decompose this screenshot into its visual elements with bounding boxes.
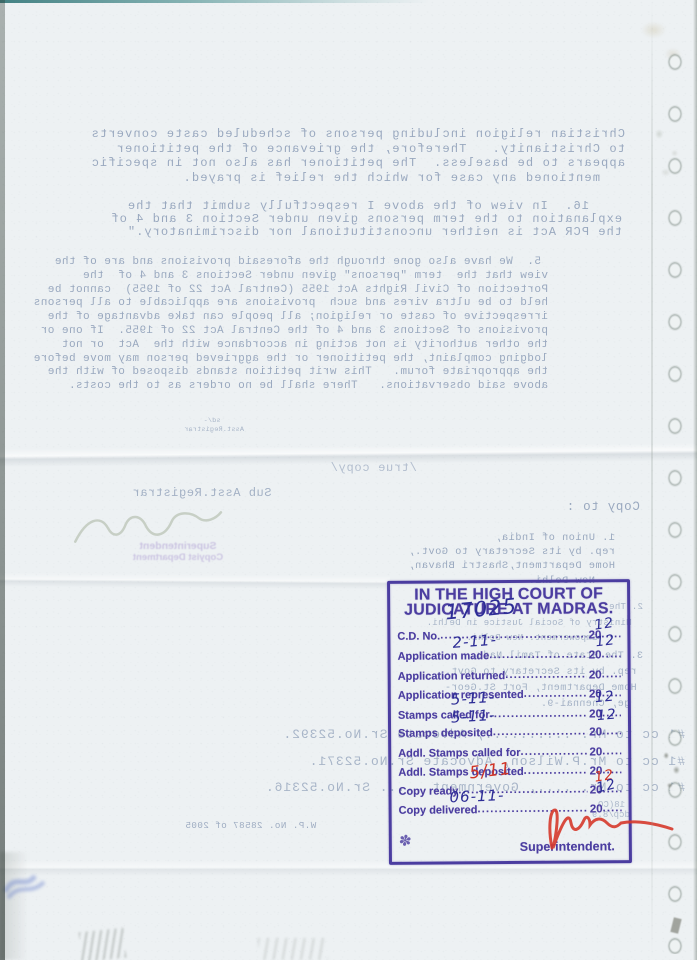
dotted-tail: [602, 668, 621, 681]
bleed-line: sd/-: [180, 417, 244, 426]
bleed-line: appears to be baseless. The petitioner h…: [60, 156, 625, 171]
paper-smudge: [258, 938, 328, 960]
bleed-line: Portection of Civil Rights Act 1955 (Cen…: [28, 284, 548, 298]
cd-no-year: 12: [593, 615, 615, 634]
stamp-row-addl-stamps-called-for: Addl. Stamps called for 20: [398, 741, 621, 760]
bleed-line: provisions of Sections 3 and 4 of the Ce…: [28, 325, 548, 339]
dotted-leader: [493, 725, 588, 739]
stamp-row-cd-no: C.D. No. 20: [397, 624, 620, 643]
bleed-sub-asst-registrar: Sub Asst.Registrar: [132, 486, 272, 500]
bleed-line: held to be ultra vires and such provisio…: [28, 297, 548, 311]
year-prefix: 20: [589, 649, 602, 661]
bleed-line: lodging complaint, the petitioner or the…: [28, 353, 548, 367]
dotted-leader: [520, 745, 587, 758]
bleed-line: above said observations. There shall be …: [28, 380, 548, 394]
stamps-deposited-value: 5-11-: [450, 706, 495, 727]
page-edge-fold: [651, 0, 653, 960]
stamps-called-for-year: 12: [594, 688, 615, 706]
paper-smudge: [79, 928, 127, 960]
stamp-row-label: C.D. No.: [397, 630, 440, 642]
bleed-line: Home Department,Shastri Bhavan,: [410, 559, 615, 573]
scan-edge-left: [0, 0, 5, 960]
bleed-line: 5. We have also gone through the aforesa…: [28, 256, 548, 270]
dotted-tail: [602, 725, 621, 738]
bleed-line: Christian religion including persons of …: [60, 127, 625, 142]
dotted-leader: [524, 687, 587, 700]
stamp-row-stamps-called-for: Stamps called for 20: [398, 703, 621, 722]
bleed-line: irrespective of caste or religion; all p…: [28, 311, 548, 325]
year-prefix: 20: [589, 669, 602, 681]
paper-grime: [656, 746, 690, 794]
paper-crease: [0, 573, 390, 590]
application-made-value: 2-11-: [452, 631, 498, 652]
bleed-true-copy: /true copy/: [330, 461, 417, 475]
stamp-row-label: Application returned: [398, 670, 506, 683]
stamp-row-stamps-deposited: Stamps deposited 20: [398, 721, 621, 740]
bleed-line: mentioned any case for which the relief …: [60, 171, 625, 186]
stamps-deposited-year: 12: [596, 707, 617, 724]
scanned-document-page: Christian religion including persons of …: [0, 0, 697, 960]
bleed-line: 1. Union of India,: [410, 531, 615, 545]
year-prefix: 20: [589, 746, 602, 758]
blue-ink-bleed-smudge: [0, 862, 60, 902]
dotted-leader: [524, 764, 588, 777]
stamp-star-icon: ✽: [397, 831, 412, 851]
dotted-tail: [602, 745, 621, 758]
bleed-line: the appropriate forum. This writ petitio…: [28, 366, 548, 380]
bleed-copy-to: Copy to :: [566, 500, 640, 514]
dotted-leader: [505, 668, 587, 682]
bleed-signature-block: sd/- Asst.Registrar: [180, 417, 244, 435]
application-made-year: 12: [595, 632, 616, 650]
scan-edge-right: [693, 0, 697, 960]
stamp-row-label: Stamps deposited: [398, 727, 493, 740]
bleed-line: Asst.Registrar: [180, 426, 244, 435]
scan-edge-top: [0, 0, 430, 3]
dotted-leader: [489, 648, 587, 662]
bleed-paragraph-16: 16. In view of the above I respectfully …: [92, 200, 622, 239]
stamp-row-application-returned: Application returned 20: [398, 664, 621, 683]
stamp-row-label: Addl. Stamps called for: [398, 747, 520, 760]
bleed-line: rep. by its Secretary to Govt.,: [410, 545, 615, 559]
stamp-row-application-represented: Application represented 20: [398, 683, 621, 702]
bleed-line: Copyist Department: [124, 552, 232, 563]
stamp-row-label: Application made: [398, 650, 490, 663]
bleed-line: to Christianity. Therefore, the grievanc…: [60, 142, 625, 157]
bleed-line: view that the term "persons" given under…: [28, 270, 548, 284]
dotted-tail: [601, 648, 620, 661]
bleed-paragraph-converts: Christian religion including persons of …: [60, 127, 625, 185]
year-prefix: 20: [589, 726, 602, 738]
stamp-row-label: Copy delivered: [399, 804, 478, 817]
bleed-line: the PCR Act is neither unconstitutional …: [92, 226, 622, 239]
bleed-paragraph-5: 5. We have also gone through the aforesa…: [28, 256, 548, 394]
binding-holes: [655, 36, 695, 954]
bleed-line: the other authority is not acting in acc…: [28, 339, 548, 353]
bleed-wp-number: W.P. No. 28587 of 2005: [185, 820, 316, 831]
dotted-leader: [490, 707, 588, 721]
copy-delivered-value: 06-11-: [449, 786, 505, 806]
stamp-row-copy-ready: Copy ready 20: [398, 779, 621, 798]
stamp-row-application-made: Application made 20: [397, 644, 620, 663]
